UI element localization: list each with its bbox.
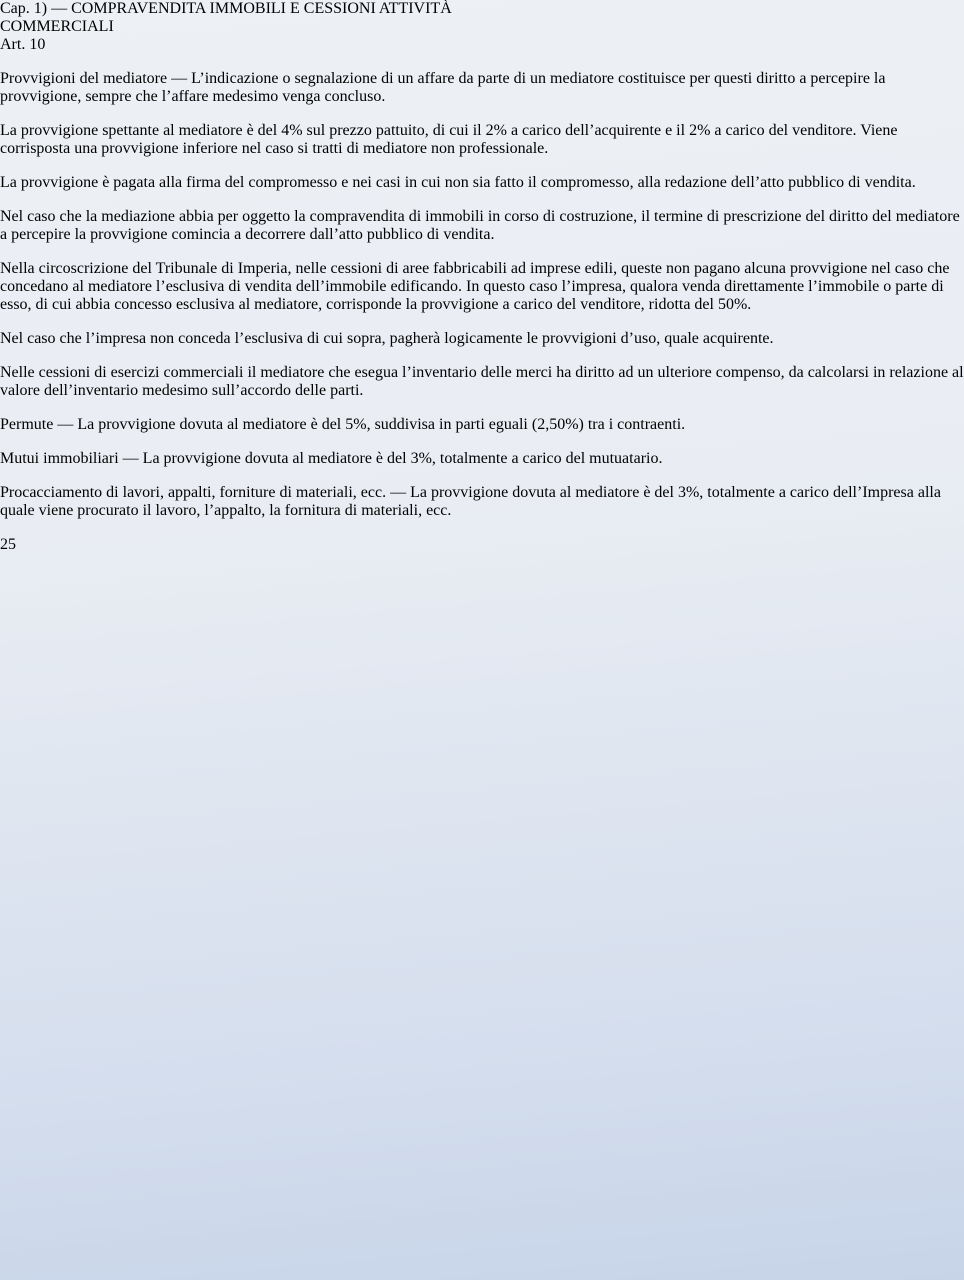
paragraph-9-text: — La provvigione dovuta al mediatore è d… [119,450,663,467]
curled-left-page [0,6,152,1204]
photo-table-surface: Cap. 1) — COMPRAVENDITA IMMOBILI E CESSI… [0,0,964,1280]
